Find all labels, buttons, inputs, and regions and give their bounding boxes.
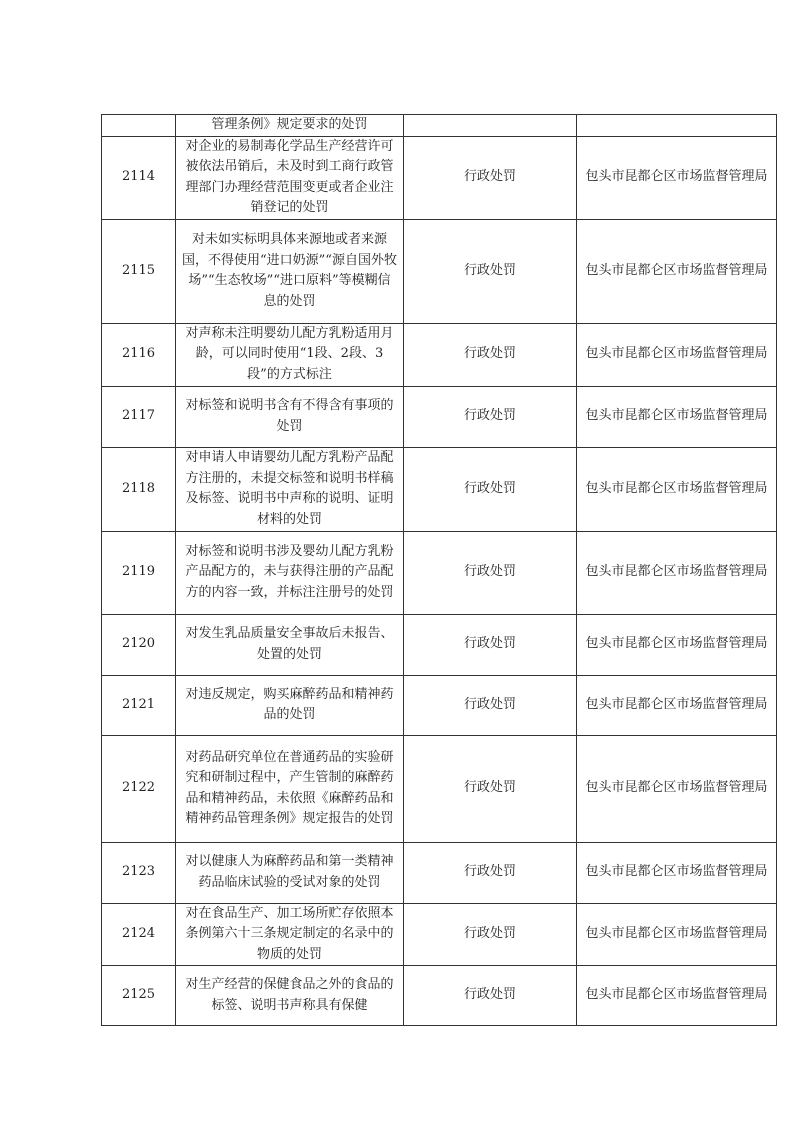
item-number: 2116 [102, 323, 176, 386]
item-number: 2122 [102, 735, 176, 842]
item-type: 行政处罚 [404, 735, 577, 842]
item-number: 2124 [102, 903, 176, 966]
item-number: 2117 [102, 386, 176, 447]
item-description: 管理条例》规定要求的处罚 [176, 115, 404, 137]
item-number: 2121 [102, 675, 176, 735]
table-row: 2117 对标签和说明书含有不得含有事项的处罚 行政处罚 包头市昆都仑区市场监督… [102, 386, 777, 447]
table-row: 2121 对违反规定，购买麻醉药品和精神药品的处罚 行政处罚 包头市昆都仑区市场… [102, 675, 777, 735]
item-number: 2114 [102, 136, 176, 219]
item-type: 行政处罚 [404, 842, 577, 903]
table-row: 2118 对申请人申请婴幼儿配方乳粉产品配方注册的，未提交标签和说明书样稿及标签… [102, 447, 777, 531]
table-row: 2123 对以健康人为麻醉药品和第一类精神药品临床试验的受试对象的处罚 行政处罚… [102, 842, 777, 903]
item-description: 对标签和说明书涉及婴幼儿配方乳粉产品配方的，未与获得注册的产品配方的内容一致，并… [176, 531, 404, 614]
item-type: 行政处罚 [404, 447, 577, 531]
item-department: 包头市昆都仑区市场监督管理局 [577, 675, 777, 735]
item-number: 2123 [102, 842, 176, 903]
item-department: 包头市昆都仑区市场监督管理局 [577, 136, 777, 219]
item-description: 对在食品生产、加工场所贮存依照本条例第六十三条规定制定的名录中的物质的处罚 [176, 903, 404, 966]
item-department: 包头市昆都仑区市场监督管理局 [577, 531, 777, 614]
item-type: 行政处罚 [404, 675, 577, 735]
item-description: 对以健康人为麻醉药品和第一类精神药品临床试验的受试对象的处罚 [176, 842, 404, 903]
item-description: 对标签和说明书含有不得含有事项的处罚 [176, 386, 404, 447]
table-row: 2119 对标签和说明书涉及婴幼儿配方乳粉产品配方的，未与获得注册的产品配方的内… [102, 531, 777, 614]
item-department: 包头市昆都仑区市场监督管理局 [577, 735, 777, 842]
item-type: 行政处罚 [404, 323, 577, 386]
item-department: 包头市昆都仑区市场监督管理局 [577, 842, 777, 903]
item-number: 2115 [102, 219, 176, 323]
penalty-items-table: 管理条例》规定要求的处罚 2114 对企业的易制毒化学品生产经营许可被依法吊销后… [101, 114, 777, 1026]
table-row: 2120 对发生乳品质量安全事故后未报告、处置的处罚 行政处罚 包头市昆都仑区市… [102, 614, 777, 675]
item-type: 行政处罚 [404, 966, 577, 1026]
item-type: 行政处罚 [404, 614, 577, 675]
table-row: 2122 对药品研究单位在普通药品的实验研究和研制过程中，产生管制的麻醉药品和精… [102, 735, 777, 842]
item-number: 2120 [102, 614, 176, 675]
table-row: 2115 对未如实标明具体来源地或者来源国，不得使用“进口奶源”“源自国外牧场”… [102, 219, 777, 323]
item-type: 行政处罚 [404, 136, 577, 219]
table-row: 2125 对生产经营的保健食品之外的食品的标签、说明书声称具有保健 行政处罚 包… [102, 966, 777, 1026]
item-description: 对生产经营的保健食品之外的食品的标签、说明书声称具有保健 [176, 966, 404, 1026]
item-department: 包头市昆都仑区市场监督管理局 [577, 966, 777, 1026]
item-number [102, 115, 176, 137]
item-number: 2125 [102, 966, 176, 1026]
item-number: 2119 [102, 531, 176, 614]
table-row: 2114 对企业的易制毒化学品生产经营许可被依法吊销后，未及时到工商行政管理部门… [102, 136, 777, 219]
item-description: 对未如实标明具体来源地或者来源国，不得使用“进口奶源”“源自国外牧场”“生态牧场… [176, 219, 404, 323]
item-type: 行政处罚 [404, 386, 577, 447]
item-department: 包头市昆都仑区市场监督管理局 [577, 323, 777, 386]
table-row: 2124 对在食品生产、加工场所贮存依照本条例第六十三条规定制定的名录中的物质的… [102, 903, 777, 966]
item-department: 包头市昆都仑区市场监督管理局 [577, 903, 777, 966]
item-number: 2118 [102, 447, 176, 531]
item-department: 包头市昆都仑区市场监督管理局 [577, 386, 777, 447]
item-type: 行政处罚 [404, 531, 577, 614]
table-row: 2116 对声称未注明婴幼儿配方乳粉适用月龄，可以同时使用“1段、2段、3段”的… [102, 323, 777, 386]
item-type [404, 115, 577, 137]
item-description: 对违反规定，购买麻醉药品和精神药品的处罚 [176, 675, 404, 735]
item-department: 包头市昆都仑区市场监督管理局 [577, 614, 777, 675]
item-description: 对发生乳品质量安全事故后未报告、处置的处罚 [176, 614, 404, 675]
item-department: 包头市昆都仑区市场监督管理局 [577, 219, 777, 323]
item-department [577, 115, 777, 137]
table-row: 管理条例》规定要求的处罚 [102, 115, 777, 137]
item-description: 对申请人申请婴幼儿配方乳粉产品配方注册的，未提交标签和说明书样稿及标签、说明书中… [176, 447, 404, 531]
item-description: 对企业的易制毒化学品生产经营许可被依法吊销后，未及时到工商行政管理部门办理经营范… [176, 136, 404, 219]
item-department: 包头市昆都仑区市场监督管理局 [577, 447, 777, 531]
item-description: 对声称未注明婴幼儿配方乳粉适用月龄，可以同时使用“1段、2段、3段”的方式标注 [176, 323, 404, 386]
item-description: 对药品研究单位在普通药品的实验研究和研制过程中，产生管制的麻醉药品和精神药品，未… [176, 735, 404, 842]
item-type: 行政处罚 [404, 903, 577, 966]
item-type: 行政处罚 [404, 219, 577, 323]
